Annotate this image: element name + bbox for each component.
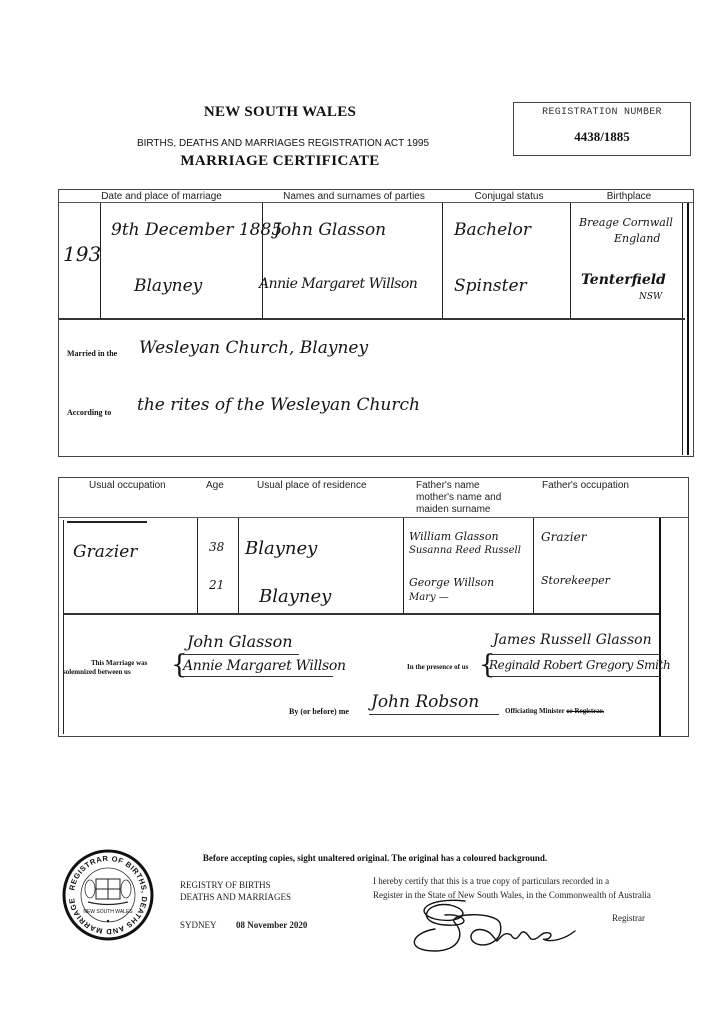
column-rule: [570, 203, 571, 318]
groom-mother: Susanna Reed Russell: [409, 545, 521, 556]
entry-number: 193: [63, 242, 101, 266]
registration-number: 4438/1885: [514, 129, 690, 145]
margin-rule: [682, 203, 683, 455]
column-rule: [403, 518, 404, 614]
groom-birthplace-line1: Breage Cornwall: [579, 216, 673, 229]
signature-line: [369, 714, 499, 715]
minister-title: Officiating Minister or Registrar.: [505, 707, 604, 715]
header-divider: [59, 202, 693, 203]
witness-1: James Russell Glasson: [493, 632, 652, 648]
bride-father: George Willson: [409, 576, 494, 589]
presence-label: In the presence of us: [407, 663, 468, 671]
minister-title-struck: or Registrar.: [566, 707, 604, 715]
registry-line1: REGISTRY OF BIRTHS: [180, 880, 271, 890]
margin-rule: [687, 203, 689, 455]
certify-line1: I hereby certify that this is a true cop…: [373, 876, 609, 886]
witness-2: Reginald Robert Gregory Smith: [489, 658, 670, 672]
groom-occupation: Grazier: [73, 542, 137, 562]
margin-rule: [63, 520, 64, 734]
column-rule: [238, 518, 239, 614]
row-divider: [59, 318, 685, 320]
column-rule: [197, 518, 198, 614]
according-to-label: According to: [67, 408, 111, 417]
col-header-parents-line3: maiden surname: [416, 504, 490, 516]
married-in-label: Married in the: [67, 349, 117, 358]
certificate-title: MARRIAGE CERTIFICATE: [150, 153, 410, 170]
state-title: NEW SOUTH WALES: [180, 104, 380, 121]
registrar-signature: [405, 893, 585, 955]
groom-age: 38: [209, 540, 224, 554]
groom-father-occupation: Grazier: [541, 530, 586, 544]
registrar-label: Registrar: [612, 913, 645, 923]
col-header-date-place: Date and place of marriage: [59, 191, 264, 202]
marriage-date: 9th December 1885: [111, 220, 282, 240]
issue-date: 08 November 2020: [236, 920, 307, 930]
signature-line: [491, 654, 661, 655]
details-table: Usual occupation Age Usual place of resi…: [58, 477, 689, 737]
col-header-father-occupation: Father's occupation: [542, 480, 629, 492]
col-header-conjugal-status: Conjugal status: [444, 191, 574, 202]
col-header-age: Age: [206, 480, 224, 492]
col-header-parents-line2: mother's name and: [416, 492, 501, 504]
margin-rule: [659, 518, 661, 736]
bride-mother: Mary —: [409, 592, 449, 603]
groom-name: John Glasson: [274, 220, 386, 240]
row-rule: [67, 521, 147, 523]
groom-father: William Glasson: [409, 530, 499, 543]
solemnized-label-line1: This Marriage was: [91, 659, 147, 667]
column-rule: [533, 518, 534, 614]
registry-line2: DEATHS AND MARRIAGES: [180, 892, 291, 902]
row-divider: [63, 613, 659, 615]
marriage-table: Date and place of marriage Names and sur…: [58, 189, 694, 457]
groom-birthplace-line2: England: [614, 232, 660, 245]
solemnized-bride: Annie Margaret Willson: [183, 658, 346, 674]
authenticity-warning: Before accepting copies, sight unaltered…: [150, 853, 600, 863]
issue-city: SYDNEY: [180, 920, 217, 930]
bride-status: Spinster: [454, 276, 527, 296]
signature-icon: [405, 893, 585, 955]
according-to-value: the rites of the Wesleyan Church: [137, 395, 420, 415]
seal-icon: REGISTRAR OF BIRTHS, DEATHS AND MARRIAGE…: [62, 849, 154, 941]
bride-birthplace-line1: Tenterfield: [581, 272, 666, 288]
solemnized-groom: John Glasson: [187, 632, 293, 651]
groom-residence: Blayney: [245, 538, 317, 559]
col-header-residence: Usual place of residence: [257, 480, 367, 492]
by-label: By (or before) me: [289, 707, 349, 716]
col-header-names: Names and surnames of parties: [264, 191, 444, 202]
act-subtitle: BIRTHS, DEATHS AND MARRIAGES REGISTRATIO…: [128, 138, 438, 149]
minister-name: John Robson: [371, 692, 479, 712]
col-header-parents-line1: Father's name: [416, 480, 480, 492]
married-in-value: Wesleyan Church, Blayney: [139, 338, 368, 358]
registrar-seal: REGISTRAR OF BIRTHS, DEATHS AND MARRIAGE…: [62, 849, 154, 941]
bride-father-occupation: Storekeeper: [541, 574, 610, 587]
registration-label: REGISTRATION NUMBER: [514, 107, 690, 118]
registration-number-box: REGISTRATION NUMBER 4438/1885: [513, 102, 691, 156]
bride-residence: Blayney: [259, 586, 331, 607]
bride-age: 21: [209, 578, 224, 592]
groom-status: Bachelor: [454, 220, 531, 240]
header-divider: [59, 517, 688, 518]
minister-title-text: Officiating Minister: [505, 707, 565, 715]
signature-line: [183, 676, 333, 677]
bride-birthplace-line2: NSW: [639, 292, 662, 302]
solemnized-label-line2: solemnized between us: [63, 668, 131, 676]
signature-line: [183, 654, 299, 655]
bride-name: Annie Margaret Willson: [259, 276, 417, 292]
column-rule: [442, 203, 443, 318]
signature-line: [491, 676, 661, 677]
svg-text:NEW SOUTH WALES: NEW SOUTH WALES: [83, 909, 133, 915]
col-header-occupation: Usual occupation: [89, 480, 166, 492]
marriage-place: Blayney: [134, 276, 202, 296]
col-header-birthplace: Birthplace: [574, 191, 684, 202]
